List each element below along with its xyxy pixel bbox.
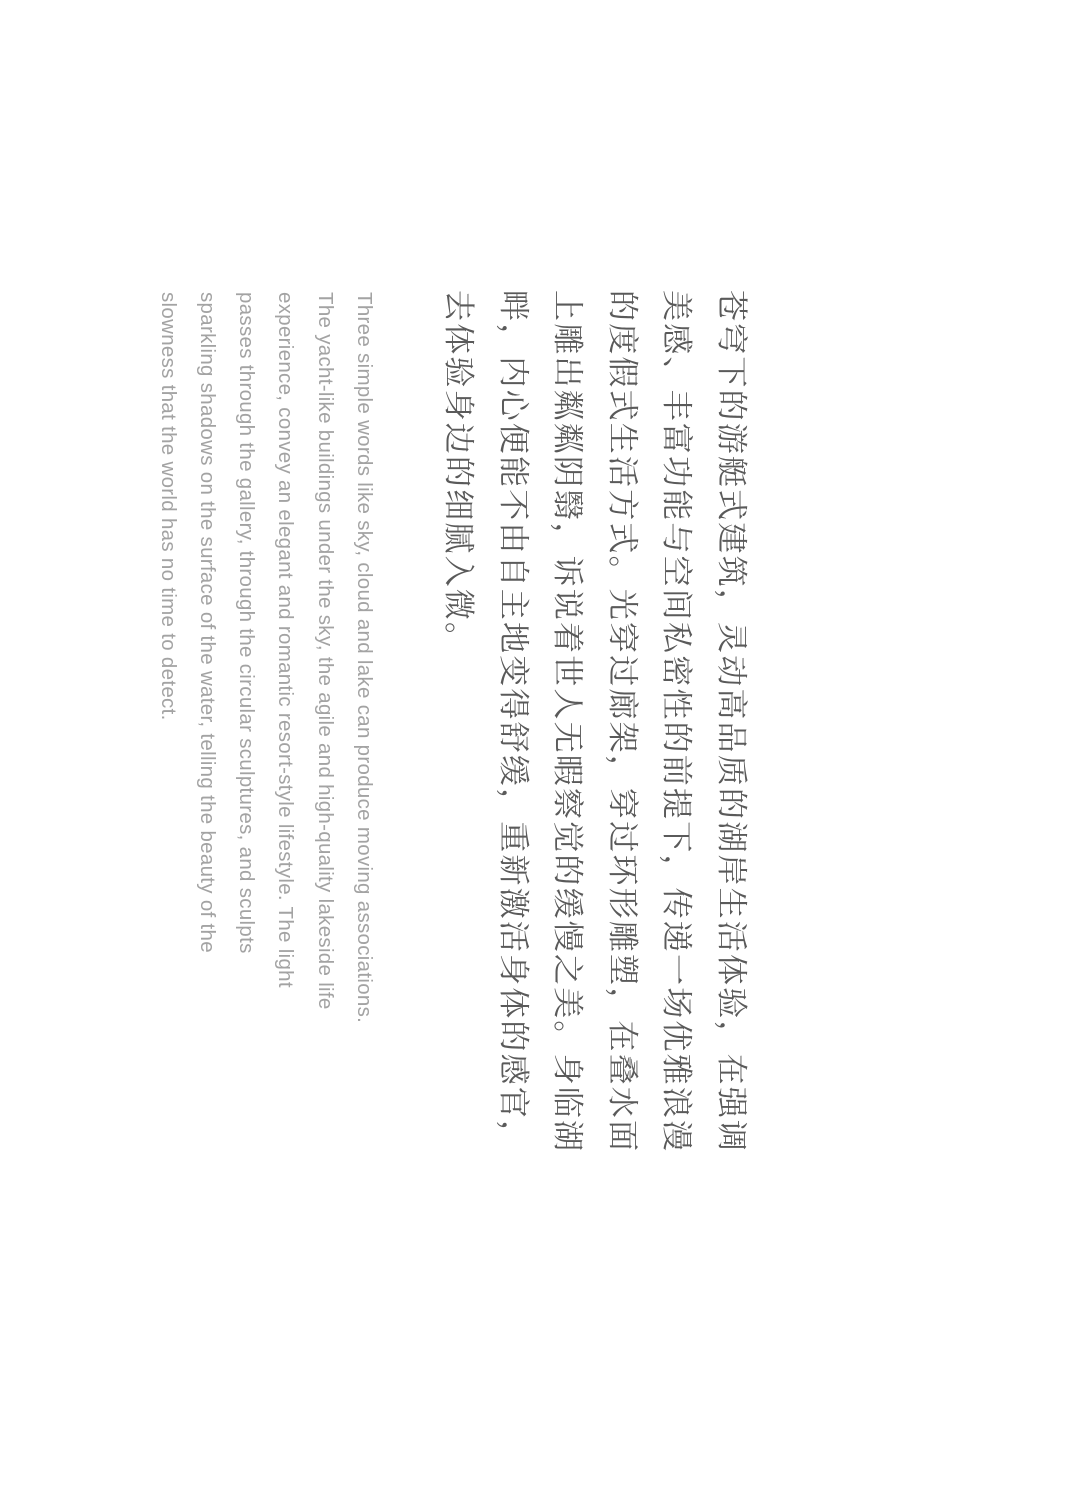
english-line-1: Three simple words like sky, cloud and l… — [345, 292, 384, 1222]
chinese-line-3: 的度假式生活方式。光穿过廊架，穿过环形雕塑，在叠水面 — [595, 290, 650, 1240]
rotated-page: 苍穹下的游艇式建筑，灵动高品质的湖岸生活体验，在强调 美感、丰富功能与空间私密性… — [0, 0, 1080, 1494]
english-line-4: passes through the gallery, through the … — [227, 292, 266, 1222]
chinese-line-2: 美感、丰富功能与空间私密性的前提下，传递一场优雅浪漫 — [649, 290, 704, 1240]
english-line-3: experience, convey an elegant and romant… — [266, 292, 305, 1222]
chinese-line-5: 畔，内心便能不由自主地变得舒缓，重新激活身体的感官， — [486, 290, 541, 1240]
chinese-line-6: 去体验身边的细腻入微。 — [431, 290, 486, 1240]
english-line-6: slowness that the world has no time to d… — [148, 292, 187, 1222]
chinese-paragraph: 苍穹下的游艇式建筑，灵动高品质的湖岸生活体验，在强调 美感、丰富功能与空间私密性… — [431, 290, 758, 1240]
english-line-5: sparkling shadows on the surface of the … — [188, 292, 227, 1222]
english-paragraph: Three simple words like sky, cloud and l… — [148, 292, 384, 1222]
english-line-2: The yacht-like buildings under the sky, … — [305, 292, 344, 1222]
chinese-line-1: 苍穹下的游艇式建筑，灵动高品质的湖岸生活体验，在强调 — [704, 290, 759, 1240]
chinese-line-4: 上雕出粼粼阴翳，诉说着世人无暇察觉的缓慢之美。身临湖 — [540, 290, 595, 1240]
